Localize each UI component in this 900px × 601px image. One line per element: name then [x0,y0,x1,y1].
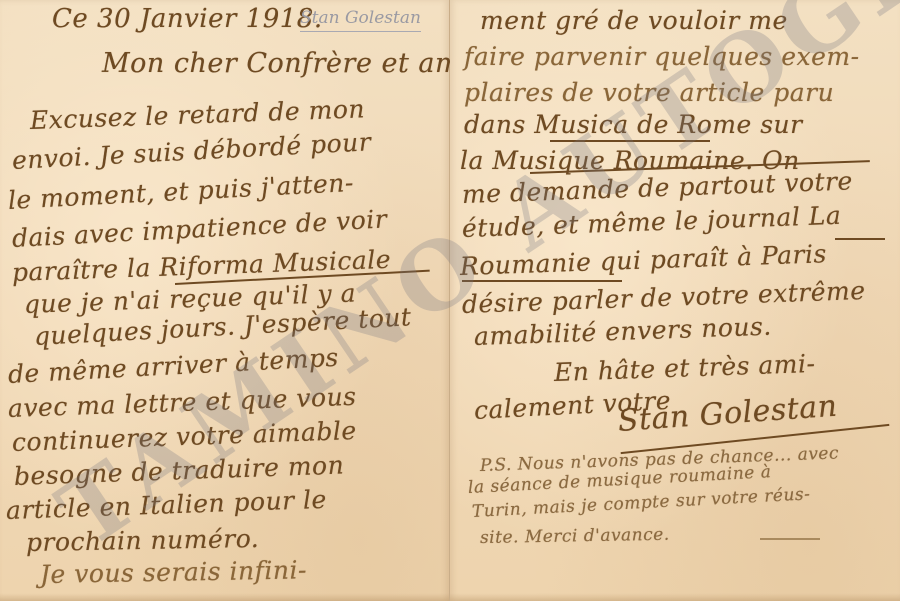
paper-edge [450,593,900,601]
title-underline [550,140,710,142]
date-line: Ce 30 Janvier 1918. [52,4,323,34]
paper-edge [0,593,449,601]
letter-line: ment gré de vouloir me [480,6,788,35]
pencil-annotation: Stan Golestan [300,8,421,32]
title-underline [462,280,622,282]
postscript-dash [760,538,820,540]
salutation: Mon cher Confrère et ami, [102,48,479,79]
letter-line: faire parvenir quelques exem- [464,42,860,71]
letter-line: désire parler de votre extrême [461,276,865,319]
letter-line: dans Musica de Rome sur [464,110,803,139]
letter-line: Je vous serais infini- [40,555,307,589]
postscript-line: site. Merci d'avance. [480,525,670,548]
letter-line: étude, et même le journal La [461,201,841,243]
left-page: Ce 30 Janvier 1918. Stan Golestan Mon ch… [0,0,450,601]
letter-line: article en Italien pour le [5,485,327,525]
letter-line: amabilité envers nous. [473,312,772,351]
letter-line: En hâte et très ami- [553,349,815,387]
letter-line: Roumanie qui paraît à Paris [459,239,827,281]
letter-line: Excusez le retard de mon [29,94,365,135]
title-underline [835,238,885,240]
letter-line: prochain numéro. [26,524,260,557]
letter-line: plaires de votre article paru [464,78,834,107]
letter-line: envoi. Je suis débordé pour [11,127,372,175]
letter: Ce 30 Janvier 1918. Stan Golestan Mon ch… [0,0,900,601]
right-page: ment gré de vouloir me faire parvenir qu… [450,0,900,601]
